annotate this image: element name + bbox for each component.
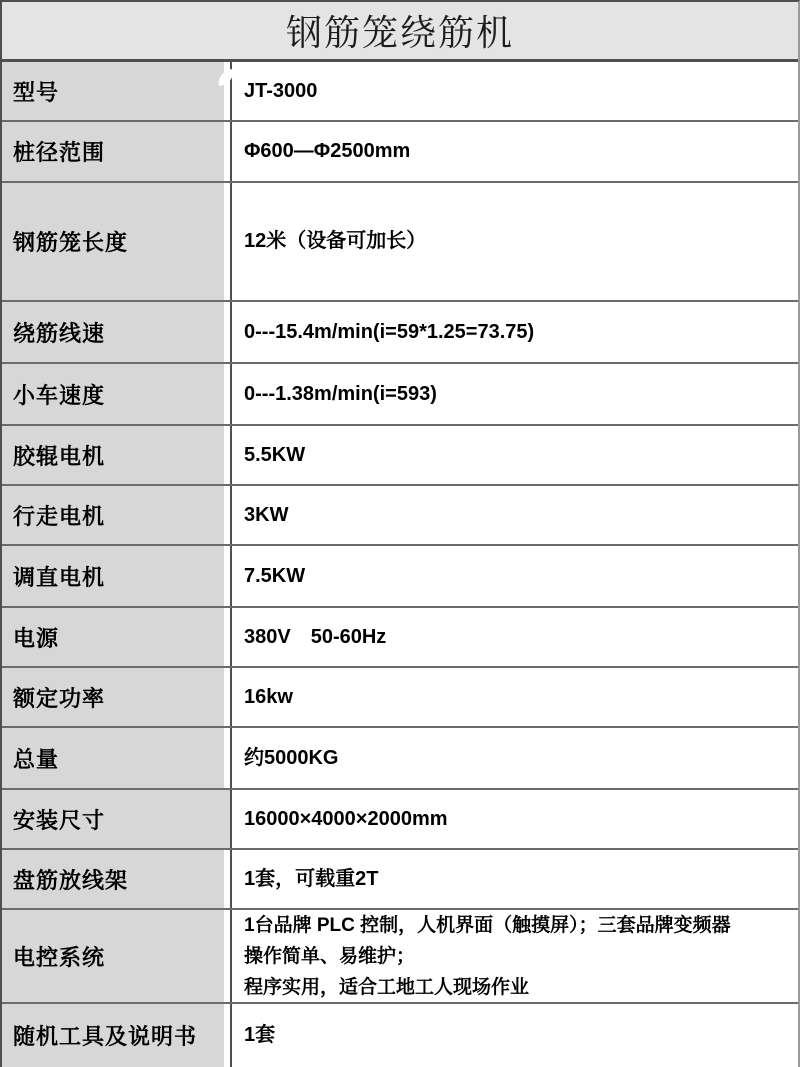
- row-value: 380V 50-60Hz: [232, 608, 798, 666]
- row-label: 调直电机: [2, 546, 232, 606]
- row-label: 盘筋放线架: [2, 850, 232, 908]
- row-value: 0---1.38m/min(i=593): [232, 364, 798, 424]
- row-value: 3KW: [232, 486, 798, 544]
- row-value: 5.5KW: [232, 426, 798, 484]
- row-value: JT-3000: [232, 62, 798, 120]
- spec-sheet: 钢筋笼绕筋机 型号 JT-3000 桩径范围 Φ600—Φ2500mm 钢筋笼长…: [0, 0, 800, 1067]
- row-label: 桩径范围: [2, 122, 232, 181]
- table-title-bar: 钢筋笼绕筋机: [2, 2, 798, 62]
- table-row-installation-dimensions: 安装尺寸 16000×4000×2000mm: [2, 790, 798, 850]
- table-row-winding-line-speed: 绕筋线速 0---15.4m/min(i=59*1.25=73.75): [2, 302, 798, 364]
- table-row-pile-diameter-range: 桩径范围 Φ600—Φ2500mm: [2, 122, 798, 183]
- table-row-cage-length: 钢筋笼长度 12米（设备可加长）: [2, 183, 798, 302]
- row-label: 电控系统: [2, 910, 232, 1002]
- row-value: 1套: [232, 1004, 798, 1067]
- row-value: 12米（设备可加长）: [232, 183, 798, 300]
- table-row-travel-motor: 行走电机 3KW: [2, 486, 798, 546]
- row-value: 1套，可载重2T: [232, 850, 798, 908]
- row-label: 额定功率: [2, 668, 232, 726]
- table-row-power-supply: 电源 380V 50-60Hz: [2, 608, 798, 668]
- row-label: 行走电机: [2, 486, 232, 544]
- table-row-tools-and-manual: 随机工具及说明书 1套: [2, 1004, 798, 1067]
- row-value: 16000×4000×2000mm: [232, 790, 798, 848]
- row-label: 型号: [2, 62, 232, 120]
- row-value: 约5000KG: [232, 728, 798, 788]
- row-label: 电源: [2, 608, 232, 666]
- row-value: 7.5KW: [232, 546, 798, 606]
- row-value: 16kw: [232, 668, 798, 726]
- table-row-rated-power: 额定功率 16kw: [2, 668, 798, 728]
- row-label: 绕筋线速: [2, 302, 232, 362]
- row-value: 1台品牌 PLC 控制，人机界面（触摸屏）；三套品牌变频器 操作简单、易维护； …: [232, 910, 798, 1002]
- row-label: 总量: [2, 728, 232, 788]
- table-title: 钢筋笼绕筋机: [286, 5, 514, 56]
- table-row-coil-payoff-rack: 盘筋放线架 1套，可载重2T: [2, 850, 798, 910]
- table-row-total-weight: 总量 约5000KG: [2, 728, 798, 790]
- table-row-rubber-roller-motor: 胶辊电机 5.5KW: [2, 426, 798, 486]
- row-value: 0---15.4m/min(i=59*1.25=73.75): [232, 302, 798, 362]
- row-label: 安装尺寸: [2, 790, 232, 848]
- table-row-model: 型号 JT-3000: [2, 62, 798, 122]
- row-label: 钢筋笼长度: [2, 183, 232, 300]
- row-label: 随机工具及说明书: [2, 1004, 232, 1067]
- row-value: Φ600—Φ2500mm: [232, 122, 798, 181]
- table-row-electric-control-system: 电控系统 1台品牌 PLC 控制，人机界面（触摸屏）；三套品牌变频器 操作简单、…: [2, 910, 798, 1004]
- table-row-trolley-speed: 小车速度 0---1.38m/min(i=593): [2, 364, 798, 426]
- row-label: 小车速度: [2, 364, 232, 424]
- table-row-straightening-motor: 调直电机 7.5KW: [2, 546, 798, 608]
- row-label: 胶辊电机: [2, 426, 232, 484]
